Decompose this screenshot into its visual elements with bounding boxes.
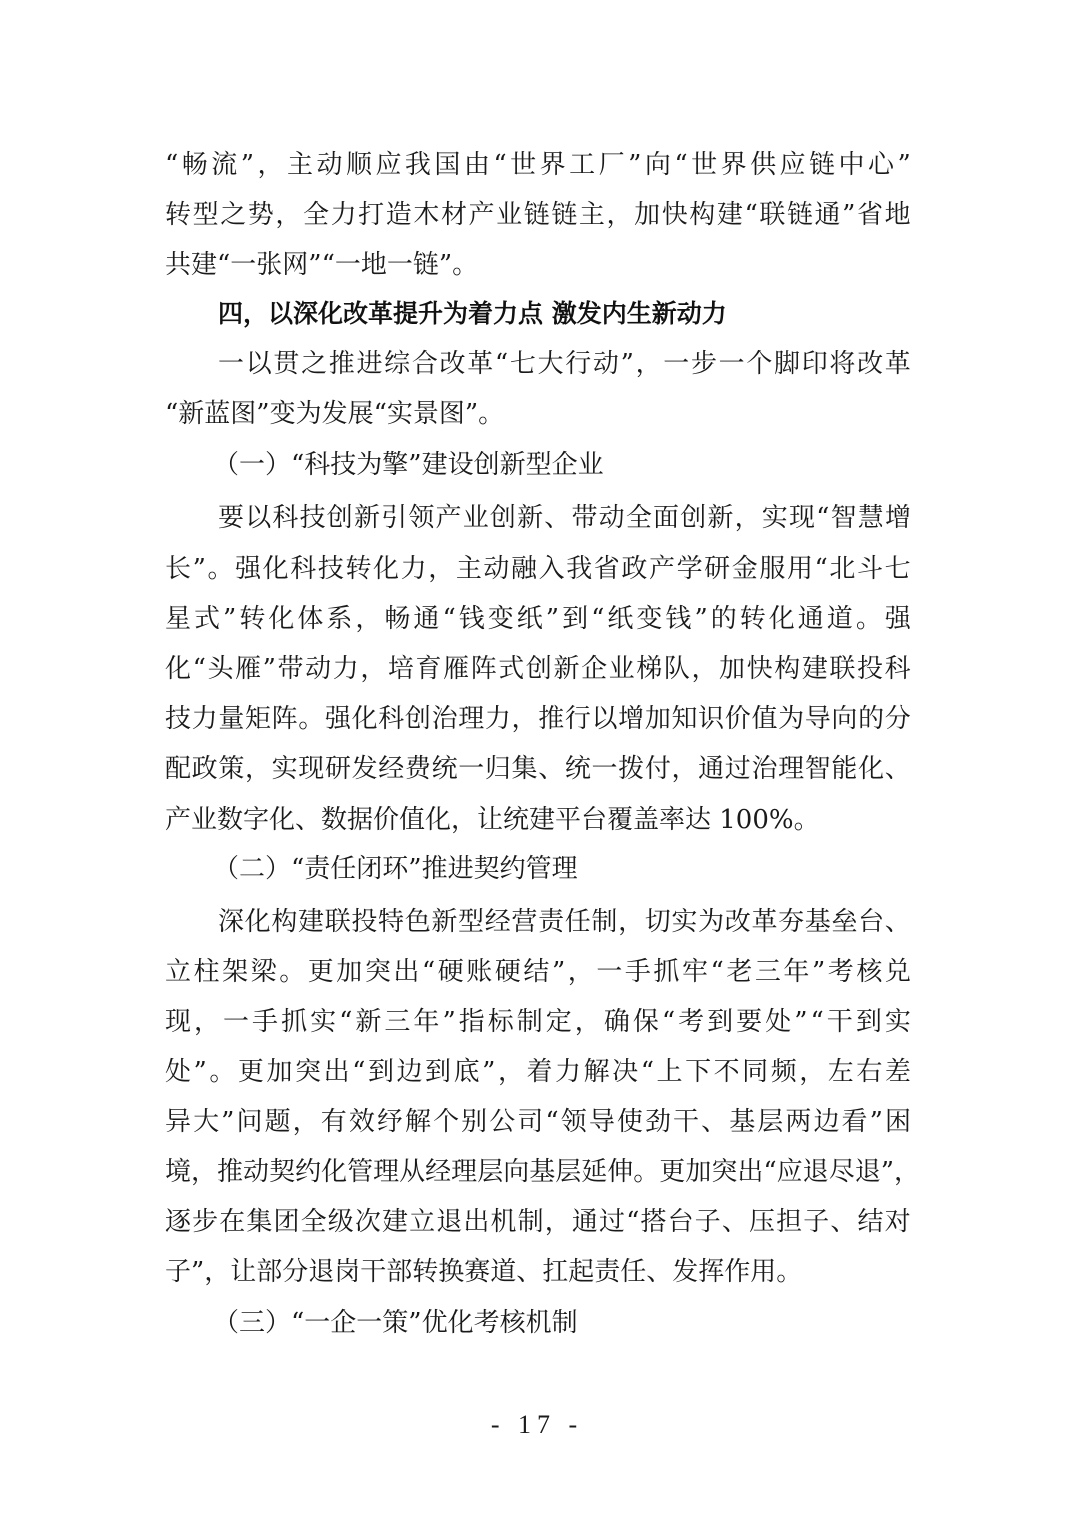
body-line: 要以科技创新引领产业创新、带动全面创新，实现“智慧增	[218, 498, 911, 538]
body-line: 长”。强化科技转化力，主动融入我省政产学研金服用“北斗七	[165, 549, 911, 589]
body-line: 转型之势，全力打造木材产业链链主，加快构建“联链通”省地	[165, 195, 911, 235]
body-line: 现，一手抓实“新三年”指标制定，确保“考到要处”“干到实	[165, 1002, 911, 1042]
body-line: 异大”问题，有效纾解个别公司“领导使劲干、基层两边看”困	[165, 1102, 911, 1142]
body-line: 深化构建联投特色新型经营责任制，切实为改革夯基垒台、	[218, 902, 911, 942]
body-line: “新蓝图”变为发展“实景图”。	[165, 394, 911, 434]
body-line: 处”。更加突出“到边到底”，着力解决“上下不同频，左右差	[165, 1052, 911, 1092]
subsection-heading: （三）“一企一策”优化考核机制	[213, 1303, 578, 1343]
body-line: “畅流”，主动顺应我国由“世界工厂”向“世界供应链中心”	[165, 145, 911, 185]
body-line: 一以贯之推进综合改革“七大行动”，一步一个脚印将改革	[218, 344, 911, 384]
body-line: 子”，让部分退岗干部转换赛道、扛起责任、发挥作用。	[165, 1252, 911, 1292]
body-line: 境，推动契约化管理从经理层向基层延伸。更加突出“应退尽退”，	[165, 1152, 911, 1192]
document-page: “畅流”，主动顺应我国由“世界工厂”向“世界供应链中心” 转型之势，全力打造木材…	[0, 0, 1074, 1520]
body-line: 化“头雁”带动力，培育雁阵式创新企业梯队，加快构建联投科	[165, 649, 911, 689]
body-line: 产业数字化、数据价值化，让统建平台覆盖率达 100%。	[165, 800, 911, 840]
subsection-heading: （二）“责任闭环”推进契约管理	[213, 849, 578, 889]
body-line: 立柱架梁。更加突出“硬账硬结”，一手抓牢“老三年”考核兑	[165, 952, 911, 992]
page-number: - 17 -	[0, 1410, 1074, 1440]
subsection-heading: （一）“科技为擎”建设创新型企业	[213, 445, 604, 485]
body-line: 配政策，实现研发经费统一归集、统一拨付，通过治理智能化、	[165, 749, 911, 789]
body-line: 共建“一张网”“一地一链”。	[165, 245, 911, 285]
body-line: 技力量矩阵。强化科创治理力，推行以增加知识价值为导向的分	[165, 699, 911, 739]
section-heading: 四，以深化改革提升为着力点 激发内生新动力	[218, 294, 727, 334]
body-line: 逐步在集团全级次建立退出机制，通过“搭台子、压担子、结对	[165, 1202, 911, 1242]
body-line: 星式”转化体系，畅通“钱变纸”到“纸变钱”的转化通道。强	[165, 599, 911, 639]
